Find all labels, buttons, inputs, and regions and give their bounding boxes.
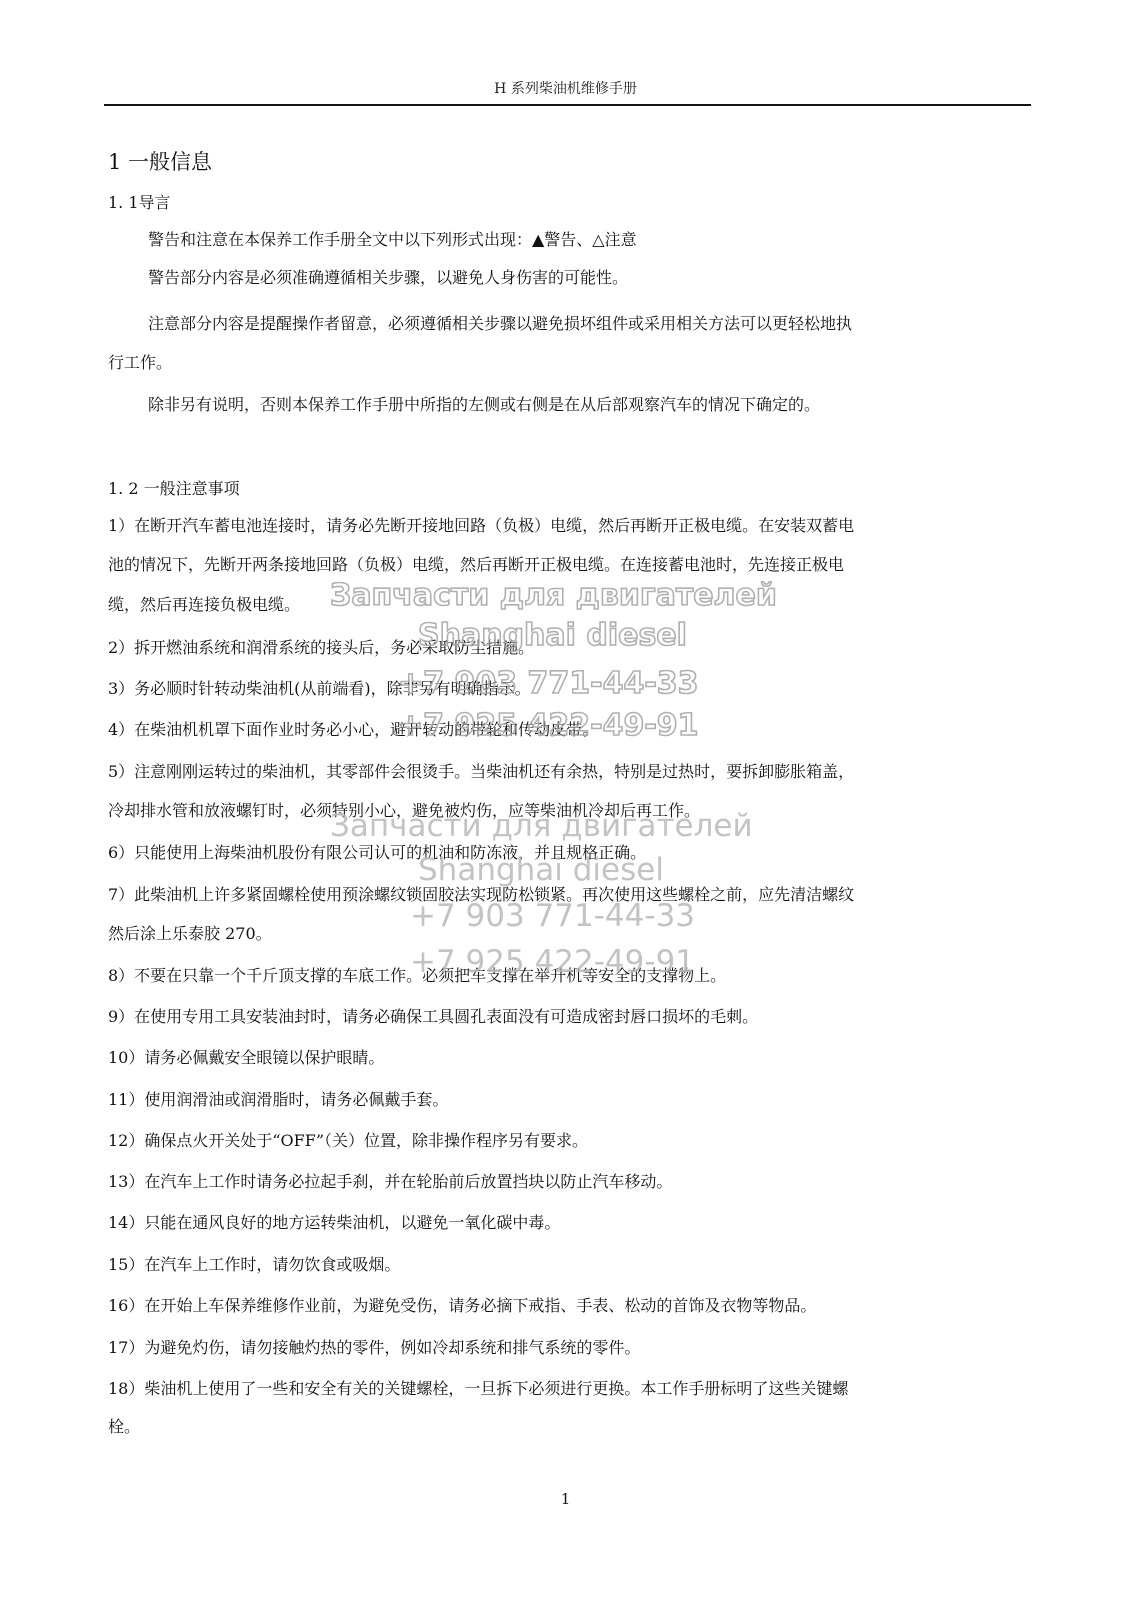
- precaution-line: 9）在使用专用工具安装油封时，请务必确保工具圆孔表面没有可造成密封唇口损坏的毛刺…: [108, 1009, 758, 1025]
- chapter-title: 1 一般信息: [108, 146, 212, 176]
- intro-paragraph: 除非另有说明，否则本保养工作手册中所指的左侧或右侧是在从后部观察汽车的情况下确定…: [148, 397, 820, 413]
- header-divider: [104, 104, 1031, 106]
- precaution-line: 16）在开始上车保养维修作业前，为避免受伤，请务必摘下戒指、手表、松动的首饰及衣…: [108, 1298, 816, 1314]
- subsection-title-precautions: 1. 2 一般注意事项: [108, 476, 240, 499]
- intro-paragraph-cont: 行工作。: [108, 355, 172, 371]
- precaution-line: 缆，然后再连接负极电缆。: [108, 597, 300, 613]
- subsection-title-intro: 1. 1导言: [108, 190, 171, 213]
- precaution-line: 11）使用润滑油或润滑脂时，请务必佩戴手套。: [108, 1092, 448, 1108]
- watermark-text: +7 925 422-49-91: [398, 708, 699, 743]
- watermark-text: +7 903 771-44-33: [398, 666, 699, 701]
- running-header: H 系列柴油机维修手册: [0, 78, 1131, 98]
- precaution-line: 5）注意刚刚运转过的柴油机，其零部件会很烫手。当柴油机还有余热，特别是过热时，要…: [108, 764, 854, 780]
- precaution-line: 18）柴油机上使用了一些和安全有关的关键螺栓，一旦拆下必须进行更换。本工作手册标…: [108, 1381, 848, 1397]
- precaution-line: 然后涂上乐泰胶 270。: [108, 926, 272, 942]
- document-page: H 系列柴油机维修手册 1 一般信息 1. 1导言 警告和注意在本保养工作手册全…: [0, 0, 1131, 1600]
- watermark-text: Запчасти для двигателей: [330, 578, 777, 613]
- precaution-line: 17）为避免灼伤，请勿接触灼热的零件，例如冷却系统和排气系统的零件。: [108, 1340, 640, 1356]
- intro-paragraph: 警告部分内容是必须准确遵循相关步骤，以避免人身伤害的可能性。: [148, 270, 628, 286]
- watermark-text: Shanghai diesel: [418, 852, 664, 888]
- watermark-text: Shanghai diesel: [418, 618, 687, 653]
- precaution-line: 13）在汽车上工作时请务必拉起手刹，并在轮胎前后放置挡块以防止汽车移动。: [108, 1174, 672, 1190]
- precaution-line: 14）只能在通风良好的地方运转柴油机，以避免一氧化碳中毒。: [108, 1215, 560, 1231]
- watermark-text: +7 925 422-49-91: [410, 944, 695, 980]
- watermark-text: +7 903 771-44-33: [410, 898, 695, 934]
- watermark-text: Запчасти для двигателей: [330, 808, 753, 844]
- precaution-line: 15）在汽车上工作时，请勿饮食或吸烟。: [108, 1257, 400, 1273]
- page-number: 1: [0, 1490, 1131, 1508]
- precaution-line: 栓。: [108, 1419, 140, 1435]
- intro-paragraph: 注意部分内容是提醒操作者留意，必须遵循相关步骤以避免损坏组件或采用相关方法可以更…: [148, 316, 852, 332]
- precaution-line: 10）请务必佩戴安全眼镜以保护眼睛。: [108, 1050, 384, 1066]
- precaution-line: 1）在断开汽车蓄电池连接时，请务必先断开接地回路（负极）电缆，然后再断开正极电缆…: [108, 518, 854, 534]
- intro-paragraph: 警告和注意在本保养工作手册全文中以下列形式出现：▲警告、△注意: [148, 232, 637, 248]
- precaution-line: 池的情况下，先断开两条接地回路（负极）电缆，然后再断开正极电缆。在连接蓄电池时，…: [108, 557, 844, 573]
- precaution-line: 12）确保点火开关处于“OFF”（关）位置，除非操作程序另有要求。: [108, 1133, 588, 1149]
